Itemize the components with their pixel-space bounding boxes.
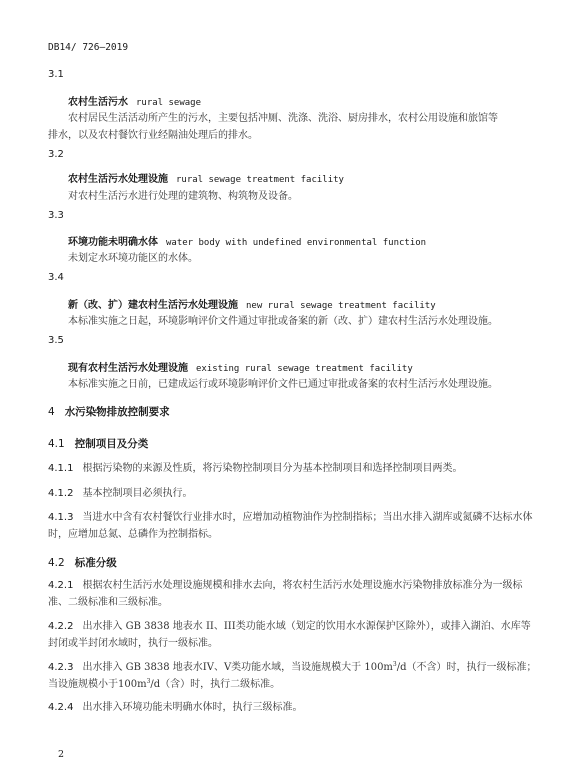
clause-number: 3.3	[48, 210, 64, 221]
term-definition: 未划定水环境功能区的水体。	[68, 249, 198, 264]
document-page: DB14/ 726—2019 3.1 农村生活污水rural sewage 农村…	[0, 0, 578, 775]
clause-text: 当进水中含有农村餐饮行业排水时，应增加动植物油作为控制指标；当出水排入湖库或氮磷…	[48, 512, 532, 540]
clause-paragraph: 4.1.2基本控制项目必须执行。	[48, 485, 538, 502]
clause-number: 4.1.3	[48, 512, 73, 523]
subsection-number: 4.1	[48, 438, 65, 450]
term-definition: 农村居民生活活动所产生的污水，主要包括冲厕、洗涤、洗浴、厨房排水，农村公用设施和…	[68, 109, 498, 124]
term-en: rural sewage	[136, 98, 201, 108]
clause-text: 根据农村生活污水处理设施规模和排水去向，将农村生活污水处理设施水污染物排放标准分…	[48, 580, 522, 608]
clause-number: 4.2.2	[48, 621, 73, 632]
clause-text-a: 出水排入 GB 3838 地表水IV、V类功能水域，当设施规模大于 100m	[82, 662, 392, 673]
section-number: 4	[48, 406, 55, 418]
term-title: 现有农村生活污水处理设施existing rural sewage treatm…	[68, 359, 413, 374]
term-en: water body with undefined environmental …	[166, 238, 426, 248]
term-en: new rural sewage treatment facility	[246, 301, 436, 311]
term-zh: 农村生活污水	[68, 97, 128, 108]
term-title: 农村生活污水rural sewage	[68, 93, 201, 108]
clause-text: 根据污染物的来源及性质，将污染物控制项目分为基本控制项目和选择控制项目两类。	[82, 463, 462, 474]
clause-paragraph: 4.2.3出水排入 GB 3838 地表水IV、V类功能水域，当设施规模大于 1…	[48, 659, 538, 693]
term-definition: 对农村生活污水进行处理的建筑物、构筑物及设备。	[68, 187, 298, 202]
clause-text-c: /d（含）时，执行二级标准。	[150, 679, 280, 690]
term-en: rural sewage treatment facility	[176, 175, 344, 185]
term-title: 新（改、扩）建农村生活污水处理设施new rural sewage treatm…	[68, 296, 436, 311]
clause-paragraph: 4.1.3当进水中含有农村餐饮行业排水时，应增加动植物油作为控制指标；当出水排入…	[48, 509, 538, 543]
subsection-heading: 4.2标准分级	[48, 555, 117, 570]
clause-paragraph: 4.1.1根据污染物的来源及性质，将污染物控制项目分为基本控制项目和选择控制项目…	[48, 460, 538, 477]
clause-text: 出水排入 GB 3838 地表水 II、III类功能水域（划定的饮用水水源保护区…	[48, 621, 531, 649]
clause-number: 4.2.4	[48, 702, 73, 713]
page-number: 2	[58, 749, 64, 760]
clause-number: 4.2.3	[48, 662, 73, 673]
term-zh: 新（改、扩）建农村生活污水处理设施	[68, 300, 238, 311]
term-en: existing rural sewage treatment facility	[196, 364, 413, 374]
clause-paragraph: 4.2.2出水排入 GB 3838 地表水 II、III类功能水域（划定的饮用水…	[48, 618, 538, 652]
standard-code-header: DB14/ 726—2019	[48, 42, 128, 53]
clause-number: 3.2	[48, 149, 64, 160]
subsection-number: 4.2	[48, 557, 65, 569]
term-definition: 本标准实施之日前，已建成运行或环境影响评价文件已通过审批或备案的农村生活污水处理…	[68, 375, 498, 390]
clause-number: 3.4	[48, 272, 64, 283]
clause-paragraph: 4.2.4出水排入环境功能未明确水体时，执行三级标准。	[48, 699, 538, 716]
term-definition: 本标准实施之日起，环境影响评价文件通过审批或备案的新（改、扩）建农村生活污水处理…	[68, 312, 498, 327]
subsection-heading: 4.1控制项目及分类	[48, 436, 148, 451]
clause-paragraph: 4.2.1根据农村生活污水处理设施规模和排水去向，将农村生活污水处理设施水污染物…	[48, 577, 538, 611]
term-zh: 农村生活污水处理设施	[68, 174, 168, 185]
term-zh: 现有农村生活污水处理设施	[68, 363, 188, 374]
subsection-title: 控制项目及分类	[75, 438, 149, 450]
section-heading: 4水污染物排放控制要求	[48, 404, 170, 419]
clause-text: 出水排入环境功能未明确水体时，执行三级标准。	[82, 702, 302, 713]
term-title: 农村生活污水处理设施rural sewage treatment facilit…	[68, 170, 344, 185]
subsection-title: 标准分级	[75, 557, 117, 569]
term-zh: 环境功能未明确水体	[68, 237, 158, 248]
clause-number: 4.2.1	[48, 580, 73, 591]
term-definition-cont: 排水，以及农村餐饮行业经隔油处理后的排水。	[48, 126, 258, 141]
clause-number: 3.5	[48, 335, 64, 346]
clause-number: 3.1	[48, 69, 64, 80]
clause-number: 4.1.2	[48, 488, 73, 499]
clause-text: 基本控制项目必须执行。	[82, 488, 192, 499]
clause-number: 4.1.1	[48, 463, 73, 474]
section-title: 水污染物排放控制要求	[65, 406, 170, 418]
term-title: 环境功能未明确水体water body with undefined envir…	[68, 233, 426, 248]
